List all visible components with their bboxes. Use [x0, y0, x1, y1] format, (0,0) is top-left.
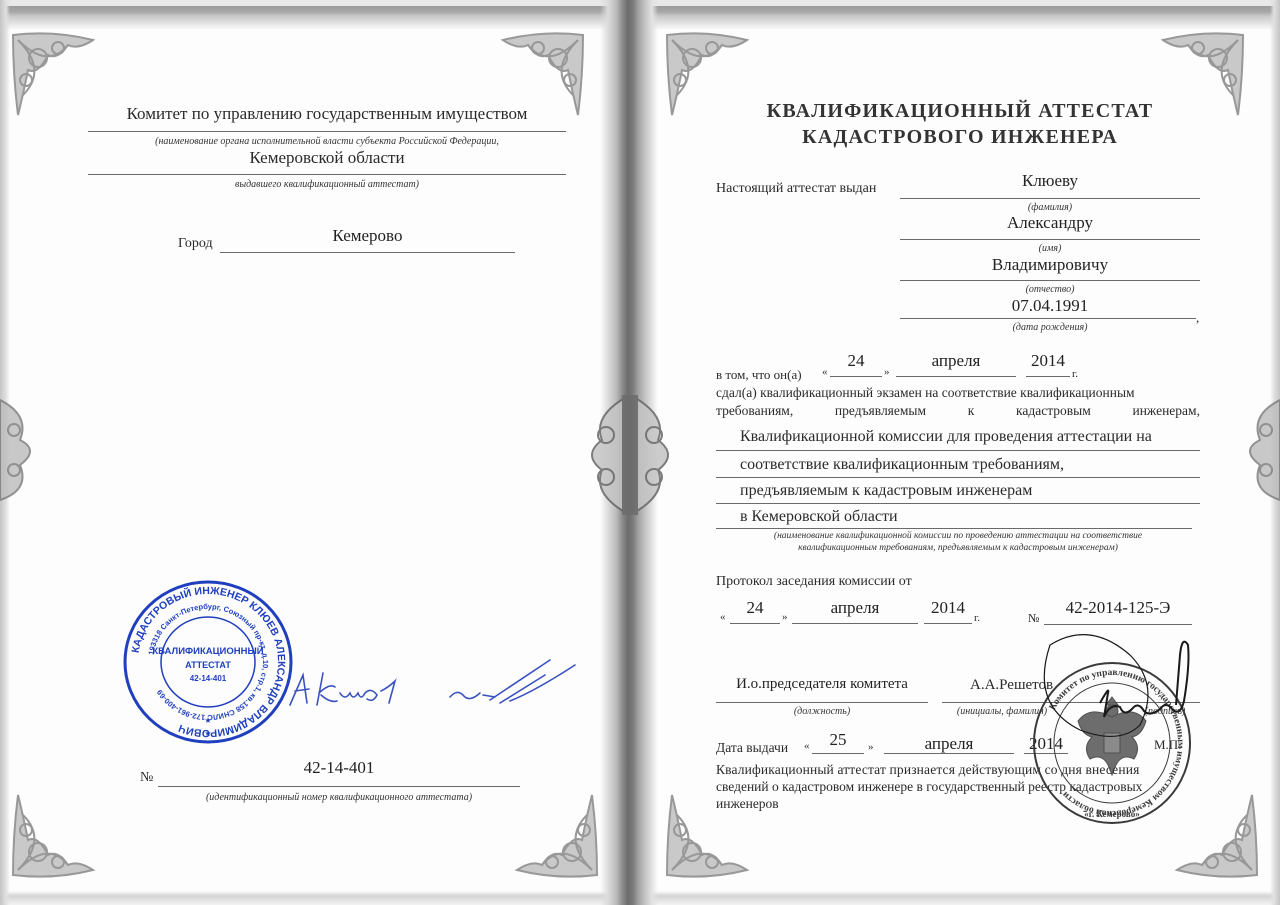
birth-date-caption: (дата рождения)	[900, 322, 1200, 333]
issuer-name: Комитет по управлению государственным им…	[88, 104, 566, 124]
number-caption: (идентификационный номер квалификационно…	[158, 792, 520, 803]
divider	[716, 528, 1192, 529]
commission-line: соответствие квалификационным требования…	[740, 456, 1064, 474]
exam-year: 2014	[1026, 351, 1070, 371]
first-name-caption: (имя)	[900, 243, 1200, 254]
svg-text:«г. Кемерово»: «г. Кемерово»	[1084, 809, 1140, 819]
exam-text-line1: сдал(а) квалификационный экзамен на соот…	[716, 385, 1135, 401]
surname-value: Клюеву	[900, 171, 1200, 191]
svg-text:КВАЛИФИКАЦИОННЫЙ: КВАЛИФИКАЦИОННЫЙ	[152, 645, 263, 657]
quote-close: »	[782, 611, 788, 623]
divider	[1026, 376, 1070, 377]
divider	[716, 503, 1200, 504]
exam-text-word: к	[968, 403, 975, 419]
engineer-seal: КАДАСТРОВЫЙ ИНЖЕНЕР КЛЮЕВ АЛЕКСАНДР ВЛАД…	[122, 578, 294, 746]
exam-text-word: предъявляемым	[835, 403, 926, 419]
certificate-number: 42-14-401	[158, 758, 520, 778]
quote-open: «	[804, 740, 810, 752]
svg-text:АТТЕСТАТ: АТТЕСТАТ	[185, 660, 231, 670]
issue-label: Дата выдачи	[716, 740, 788, 756]
year-suffix: г.	[974, 612, 980, 624]
certificate-subtitle: КАДАСТРОВОГО ИНЖЕНЕРА	[700, 126, 1220, 149]
engineer-signature	[285, 655, 580, 715]
divider	[730, 623, 780, 624]
issuer-region: Кемеровской области	[88, 148, 566, 168]
divider	[88, 131, 566, 132]
divider	[830, 376, 882, 377]
divider	[88, 174, 566, 175]
exam-text-word: инженерам,	[1132, 403, 1199, 419]
commission-line: предъявляемым к кадастровым инженерам	[740, 482, 1032, 500]
certificate-title: КВАЛИФИКАЦИОННЫЙ АТТЕСТАТ	[700, 100, 1220, 123]
issuer-caption: выдавшего квалификационный аттестат)	[88, 179, 566, 190]
divider	[220, 252, 515, 253]
divider	[884, 753, 1014, 754]
divider	[716, 450, 1200, 451]
issue-month: апреля	[884, 734, 1014, 754]
quote-open: «	[720, 611, 726, 623]
quote-close: »	[868, 741, 874, 753]
protocol-month: апреля	[792, 598, 918, 618]
divider	[896, 376, 1016, 377]
issue-day: 25	[812, 730, 864, 750]
protocol-label: Протокол заседания комиссии от	[716, 574, 912, 590]
exam-month: апреля	[896, 351, 1016, 371]
birth-date-value: 07.04.1991	[900, 296, 1200, 316]
exam-prefix: в том, что он(а)	[716, 367, 802, 383]
divider	[924, 623, 972, 624]
divider	[900, 318, 1196, 319]
commission-caption: квалификационным требованиям, предъявляе…	[716, 543, 1200, 553]
divider	[900, 239, 1200, 240]
exam-text-line2: требованиям,предъявляемымккадастровыминж…	[716, 403, 1200, 419]
exam-text-word: требованиям,	[716, 403, 793, 419]
surname-caption: (фамилия)	[900, 202, 1200, 213]
city-value: Кемерово	[220, 226, 515, 246]
position-value: И.о.председателя комитета	[716, 676, 928, 693]
city-label: Город	[178, 236, 213, 252]
patronymic-caption: (отчество)	[900, 284, 1200, 295]
left-page: Комитет по управлению государственным им…	[0, 0, 600, 905]
divider	[900, 280, 1200, 281]
issued-to-label: Настоящий аттестат выдан	[716, 181, 876, 197]
svg-text:42-14-401: 42-14-401	[190, 674, 227, 683]
exam-day: 24	[830, 351, 882, 371]
svg-text:★: ★	[204, 729, 211, 738]
year-suffix: г.	[1072, 368, 1078, 380]
commission-line: в Кемеровской области	[740, 508, 898, 526]
commission-line: Квалификационной комиссии для проведения…	[740, 428, 1152, 446]
protocol-number-label: №	[1028, 611, 1039, 626]
validity-text: инженеров	[716, 796, 779, 812]
patronymic-value: Владимировичу	[900, 255, 1200, 275]
svg-text:★: ★	[204, 716, 211, 725]
divider	[792, 623, 918, 624]
divider	[900, 198, 1200, 199]
protocol-day: 24	[730, 598, 780, 618]
exam-text-word: кадастровым	[1016, 403, 1091, 419]
position-caption: (должность)	[716, 706, 928, 717]
divider	[158, 786, 520, 787]
protocol-year: 2014	[924, 598, 972, 618]
first-name-value: Александру	[900, 213, 1200, 233]
issuer-caption: (наименование органа исполнительной влас…	[88, 136, 566, 147]
committee-seal: Комитет по управлению государственным им…	[1020, 625, 1200, 835]
commission-caption: (наименование квалификационной комиссии …	[716, 531, 1200, 541]
protocol-number: 42-2014-125-Э	[1044, 598, 1192, 618]
divider	[812, 753, 864, 754]
number-label: №	[140, 770, 153, 786]
divider	[716, 477, 1200, 478]
quote-close: »	[884, 366, 890, 378]
divider	[716, 702, 928, 703]
quote-open: «	[822, 366, 828, 378]
